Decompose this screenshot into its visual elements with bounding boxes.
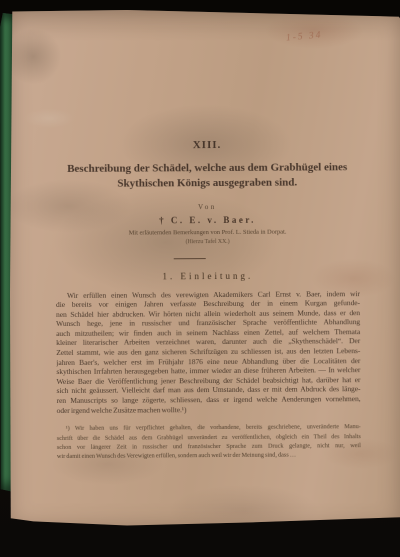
title-line-2: Skythischen Königs ausgegraben sind. — [55, 175, 359, 192]
paper-page: 1-5 34 XIII. Beschreibung der Schädel, w… — [10, 10, 400, 526]
print-block: XIII. Beschreibung der Schädel, welche a… — [55, 138, 361, 461]
title-line-1: Beschreibung der Schädel, welche aus dem… — [55, 160, 359, 177]
scanned-page: 1-5 34 XIII. Beschreibung der Schädel, w… — [0, 0, 400, 557]
section-heading: 1. Einleitung. — [56, 269, 360, 283]
chapter-number: XIII. — [55, 138, 359, 152]
footnote: ¹) Wir haben uns für verpflichtet gehalt… — [57, 422, 361, 461]
body-line: ren Manuscripts so lange zögerte, schlie… — [57, 394, 361, 405]
divider-rule — [174, 258, 206, 259]
byline-von: Von — [55, 202, 359, 212]
author-name: † C. E. v. Baer. — [55, 214, 359, 226]
author-subtitle: Mit erläuternden Bemerkungen von Prof. L… — [56, 228, 360, 237]
handwritten-note: 1-5 34 — [286, 30, 323, 43]
footnote-line: wir damit einen Wunsch des Verewigten er… — [57, 450, 361, 461]
body-paragraph: Wir erfüllen einen Wunsch des verewigten… — [56, 289, 361, 416]
plate-note: (Hierzu Tafel XX.) — [56, 238, 360, 246]
body-line: oder irgend welche Zusätze machen wollte… — [57, 404, 361, 415]
